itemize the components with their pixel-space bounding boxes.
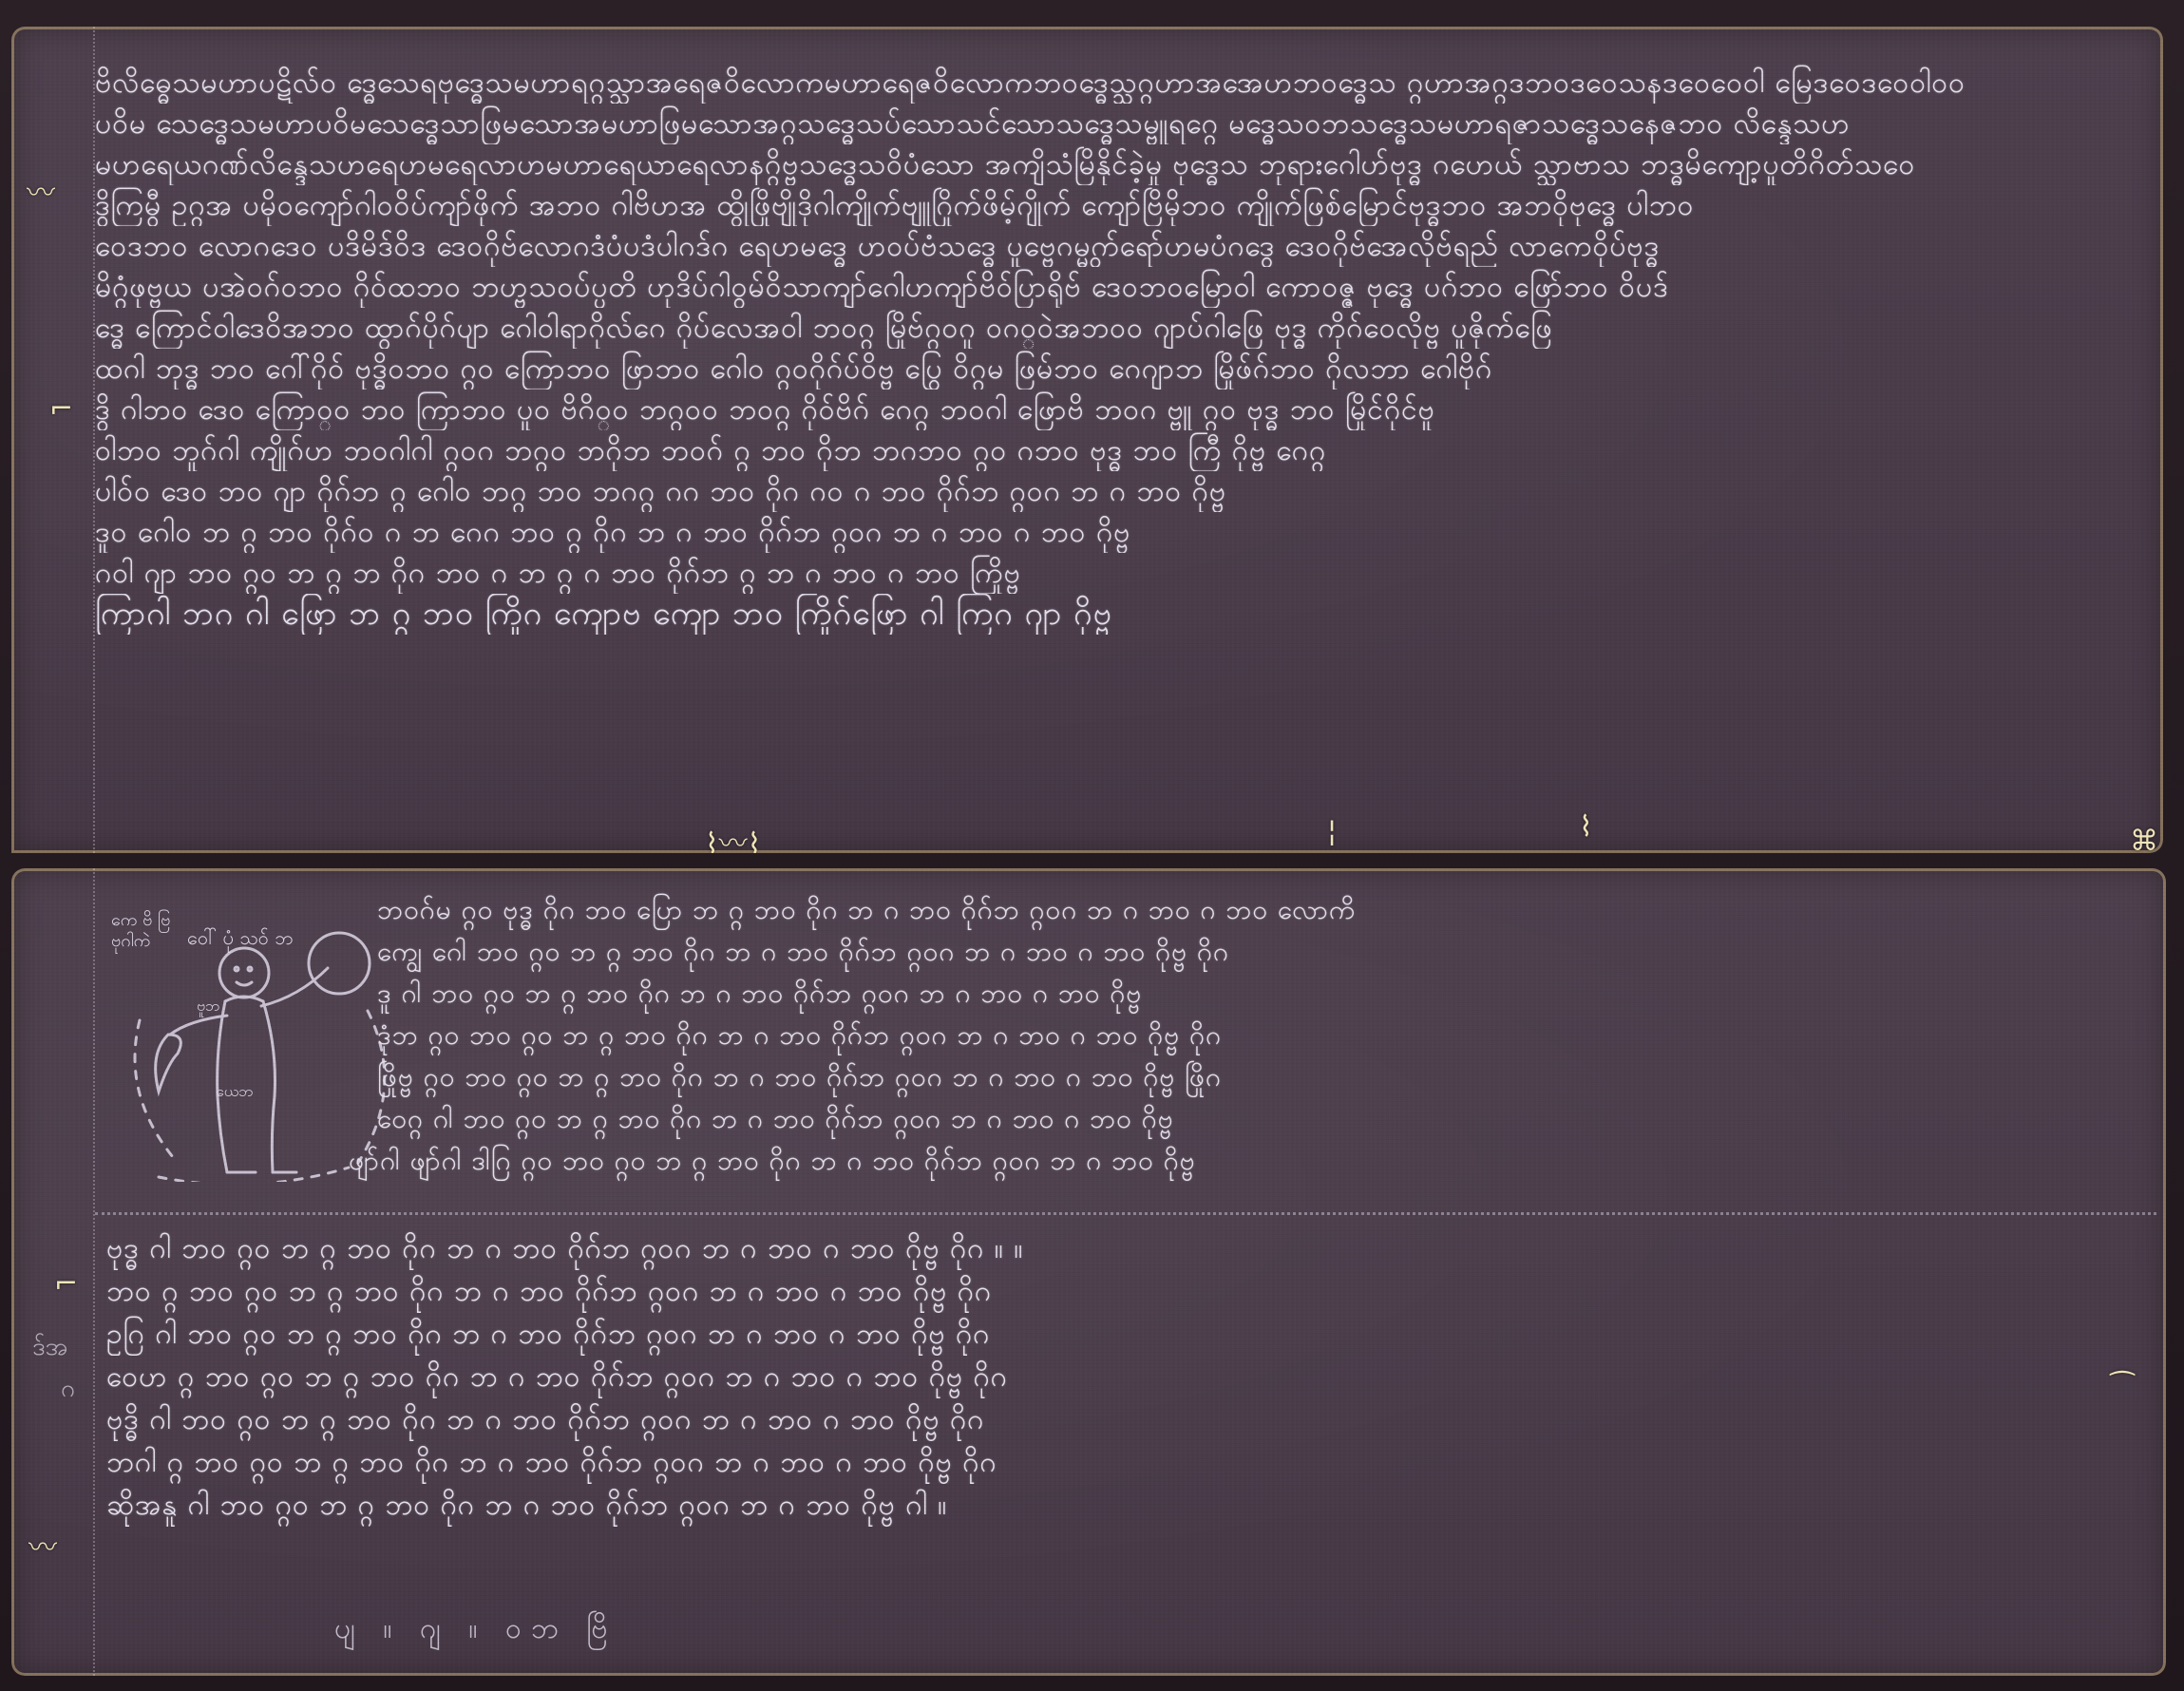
section-divider-rule: [95, 1212, 2156, 1215]
script-line: ဒွိကြမွီ ဥဂ္ဂအ ပမိုဝကျော်ဂါဝဝိပ်ကျာ်ဖိုက…: [95, 185, 2137, 226]
script-line: ဒူဝ ဂေါဝ ဘ ဂ္ဂ ဘဝ ဂိုဂ်ဝ ဂ ဘ ဂေဂ ဘဝ ဂ္ဂ …: [95, 512, 2137, 553]
script-line: ကြာဂါ ဘဂ ဂါ ဖြော ဘ ဂ္ဂ ဘဝ ကြိုဂ ကျောဗ ကျ…: [95, 594, 2137, 635]
script-line: ဆိုအနူ ဂါ ဘဝ ဂ္ဂဝ ဘ ဂ္ဂ ဘဝ ဂိုဂ ဘ ဂ ဘဝ ဂ…: [106, 1484, 2130, 1527]
script-line: ဖျာ်ဂါ ဖျာ်ဂါ ဒါဂြ ဂ္ဂဝ ဘဝ ဂ္ဂဝ ဘ ဂ္ဂ ဘဝ…: [349, 1140, 2135, 1182]
wormhole-mark: 〰: [28, 1524, 57, 1566]
svg-text:ဗုဂါကဲ: ဗုဂါကဲ: [111, 931, 150, 954]
wormhole-mark: ⌐: [49, 392, 73, 426]
margin-note: ဒ်အ: [32, 1330, 67, 1367]
wormhole-mark: 〰: [27, 169, 55, 211]
script-line: ထဂါ ဘုဒ္ဓ ဘဝ ဂေါ်ဂိုဝ် ဗုဒ္ဓိဝဘဝ ဂ္ဂဝ ကြ…: [95, 349, 2137, 389]
script-line: ဒုံဘ ဂ္ဂဝ ဘဝ ဂ္ဂဝ ဘ ဂ္ဂ ဘဝ ဂိုဂ ဘ ဂ ဘဝ ဂ…: [377, 1015, 2135, 1056]
script-line: ဝေဂ္ဂ ဂါ ဘဝ ဂ္ဂဝ ဘ ဂ္ဂ ဘဝ ဂိုဂ ဘ ဂ ဘဝ ဂိ…: [377, 1098, 2135, 1140]
wormhole-mark: ⌘: [2130, 825, 2158, 853]
script-line: ဗုဒ္ဓိ ဂါ ဘဝ ဂ္ဂဝ ဘ ဂ္ဂ ဘဝ ဂိုဂ ဘ ဂ ဘဝ ဂ…: [106, 1398, 2130, 1441]
script-line: ဗုဒ္ဓ ဂါ ဘဝ ဂ္ဂဝ ဘ ဂ္ဂ ဘဝ ဂိုဂ ဘ ဂ ဘဝ ဂိ…: [106, 1227, 2130, 1270]
manuscript-bottom-fold: ကေ ဗိ ဗြ ဗုဂါကဲ ဝေါ် ပုံ သဝ် ဘ ဗူဘ ယေဘ ဘ…: [11, 868, 2166, 1676]
svg-text:ယေဘ: ယေဘ: [216, 1082, 254, 1100]
script-line: ဘဂါ ဂ္ဂ ဘဝ ဂ္ဂဝ ဘ ဂ္ဂ ဘဝ ဂိုဂ ဘ ဂ ဘဝ ဂို…: [106, 1441, 2130, 1484]
script-line: မိဂ္ဂံဖုဗ္ဗယ ပအဲဝဂ်ဝဘဝ ဂိုဝ်ထဘဝ ဘဟ္ဗသဝပ်…: [95, 267, 2137, 308]
wormhole-mark: ⌇〰⌇: [705, 820, 761, 853]
bottom-fold-section-b: ဗုဒ္ဓ ဂါ ဘဝ ဂ္ဂဝ ဘ ဂ္ဂ ဘဝ ဂိုဂ ဘ ဂ ဘဝ ဂိ…: [106, 1227, 2130, 1527]
wormhole-mark: ⌇: [1579, 810, 1593, 844]
svg-text:ဗူဘ: ဗူဘ: [197, 997, 220, 1017]
margin-note: ဂ: [61, 1372, 75, 1409]
script-line: ဘဝ ဂ္ဂ ဘဝ ဂ္ဂဝ ဘ ဂ္ဂ ဘဝ ဂိုဂ ဘ ဂ ဘဝ ဂိုဂ…: [106, 1270, 2130, 1313]
left-margin-rule: [93, 868, 95, 1676]
script-line: ဂဝါ ဂျာ ဘဝ ဂ္ဂဝ ဘ ဂ္ဂ ဘ ဂိုဂ ဘဝ ဂ ဘ ဂ္ဂ …: [95, 553, 2137, 594]
script-line: ကျွေ ဂေါ ဘဝ ဂ္ဂဝ ဘ ဂ္ဂ ဘဝ ဂိုဂ ဘ ဂ ဘဝ ဂိ…: [377, 931, 2135, 973]
top-fold-text: ဗိလိဓ္ဓေသမဟာပဋိလ်ဝ ဒ္ဓေသေရဗုဒ္ဓေသမဟာရဂ္ဂ…: [95, 63, 2137, 635]
script-line: ဝေဒဘဝ လောဂဒေဝ ပဒိမိဒ်ဝိဒ ဒေဝဂိုဗ်လောဂဒံပ…: [95, 226, 2137, 267]
script-line: ဖြိုဗ္ဗ ဂ္ဂဝ ဘဝ ဂ္ဂဝ ဘ ဂ္ဂ ဘဝ ဂိုဂ ဘ ဂ ဘ…: [377, 1056, 2135, 1098]
footer-annotation: ပျ ။ ဂျ ။ ဝဘ ဗြိ: [334, 1609, 617, 1652]
svg-text:ကေ ဗိ ဗြ: ကေ ဗိ ဗြ: [111, 909, 170, 933]
wormhole-mark: ¦: [1327, 815, 1337, 848]
script-line: ဥဂြ ဂါ ဘဝ ဂ္ဂဝ ဘ ဂ္ဂ ဘဝ ဂိုဂ ဘ ဂ ဘဝ ဂိုဂ…: [106, 1313, 2130, 1356]
wormhole-mark: ⌐: [54, 1267, 78, 1301]
manuscript-top-fold: ဗိလိဓ္ဓေသမဟာပဋိလ်ဝ ဒ္ဓေသေရဗုဒ္ဓေသမဟာရဂ္ဂ…: [11, 27, 2163, 853]
script-line: ဘဝဂ်မ ဂ္ဂဝ ဗုဒ္ဓ ဂိုဂ ဘဝ ပြော ဘ ဂ္ဂ ဘဝ ဂ…: [377, 889, 2135, 931]
bottom-fold-section-a: ဘဝဂ်မ ဂ္ဂဝ ဗုဒ္ဓ ဂိုဂ ဘဝ ပြော ဘ ဂ္ဂ ဘဝ ဂ…: [377, 889, 2135, 1182]
script-line: ဝါဘဝ ဘူဂ်ဂါ ကျိုဂ်ဟ ဘဝဂါဂါ ဂ္ဂဝဂ ဘဂ္ဂဝ ဘ…: [95, 430, 2137, 471]
script-line: ပါဝ်ဝ ဒေဝ ဘဝ ဂျာ ဂိုဂ်ဘ ဂ္ဂ ဂေါဝ ဘဂ္ဂ ဘဝ…: [95, 471, 2137, 512]
wormhole-mark: ⁀: [2111, 1372, 2134, 1405]
script-line: မဟရေယဂဏ်လိန္ဒေသဟရေဟမရေလာဟမဟာရေယာရေလာနဂ္ဂ…: [95, 144, 2137, 185]
script-line: ဝေဟ ဂ္ဂ ဘဝ ဂ္ဂဝ ဘ ဂ္ဂ ဘဝ ဂိုဂ ဘ ဂ ဘဝ ဂို…: [106, 1356, 2130, 1398]
script-line: ဒူ ဂါ ဘဝ ဂ္ဂဝ ဘ ဂ္ဂ ဘဝ ဂိုဂ ဘ ဂ ဘဝ ဂိုဂ်…: [377, 973, 2135, 1015]
script-line: ပဝိမ သေဒ္ဓေသမဟာပဝိမသေဒ္ဓေသာဖြမသောအမဟာဖြမ…: [95, 104, 2137, 144]
svg-text:ဝေါ် ပုံ သဝ် ဘ: ဝေါ် ပုံ သဝ် ဘ: [187, 926, 293, 953]
script-line: ဒွိ ဂါဘဝ ဒေဝ ကြောဝ္ဝ ဘဝ ကြာဘဝ ပူဝ ဗိဂိဝ္…: [95, 389, 2137, 430]
script-line: ဗိလိဓ္ဓေသမဟာပဋိလ်ဝ ဒ္ဓေသေရဗုဒ္ဓေသမဟာရဂ္ဂ…: [95, 63, 2137, 104]
script-line: ဒ္ဓေ ကြောင်ဝါဒေဝိအဘဝ ထွာဂ်ပိုဂ်ပျာ ဂေါဝါ…: [95, 308, 2137, 349]
